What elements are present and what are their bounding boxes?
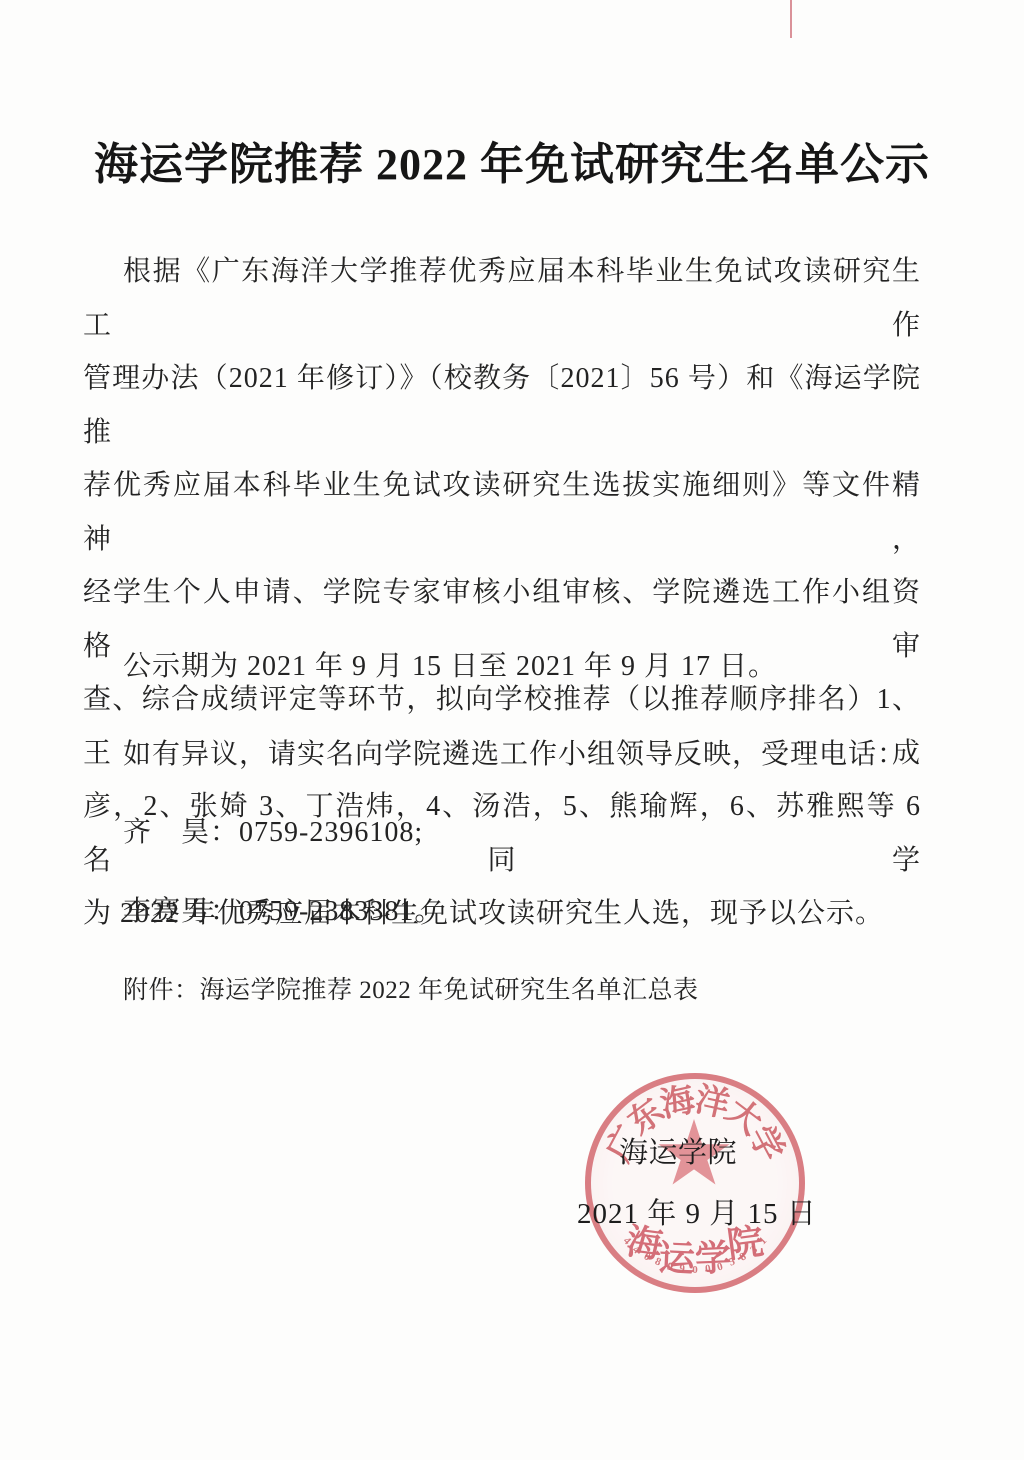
paragraph-line: 管理办法（2021 年修订）》（校教务〔2021〕56 号）和《海运学院推 — [83, 352, 921, 459]
body-paragraph-3: 如有异议，请实名向学院遴选工作小组领导反映，受理电话： — [83, 736, 921, 774]
page-title: 海运学院推荐 2022 年免试研究生名单公示 — [0, 128, 1024, 192]
seal-char: 0 — [704, 1263, 711, 1276]
seal-char: 运 — [658, 1230, 696, 1283]
seal-char: 0 — [692, 1264, 698, 1276]
paragraph-line: 荐优秀应届本科毕业生免试攻读研究生选拔实施细则》等文件精神， — [83, 459, 921, 566]
contact-phone-2: 李赛男：0759-2383381。 — [83, 893, 921, 931]
contact-phone-1: 齐 昊：0759-2396108; — [83, 814, 921, 852]
scan-artifact-line — [790, 0, 792, 38]
document-page: 海运学院推荐 2022 年免试研究生名单公示 根据《广东海洋大学推荐优秀应届本科… — [0, 0, 1024, 1460]
body-paragraph-2: 公示期为 2021 年 9 月 15 日至 2021 年 9 月 17 日。 — [83, 648, 921, 686]
attachment-note: 附件：海运学院推荐 2022 年免试研究生名单汇总表 — [83, 972, 921, 1010]
signature-date: 2021 年 9 月 15 日 — [577, 1191, 817, 1232]
official-seal: 广东海洋大学 海运学院 4408990005831 — [585, 1073, 805, 1293]
signature-unit-name: 海运学院 — [619, 1130, 737, 1171]
paragraph-line: 根据《广东海洋大学推荐优秀应届本科毕业生免试攻读研究生工作 — [83, 245, 921, 352]
